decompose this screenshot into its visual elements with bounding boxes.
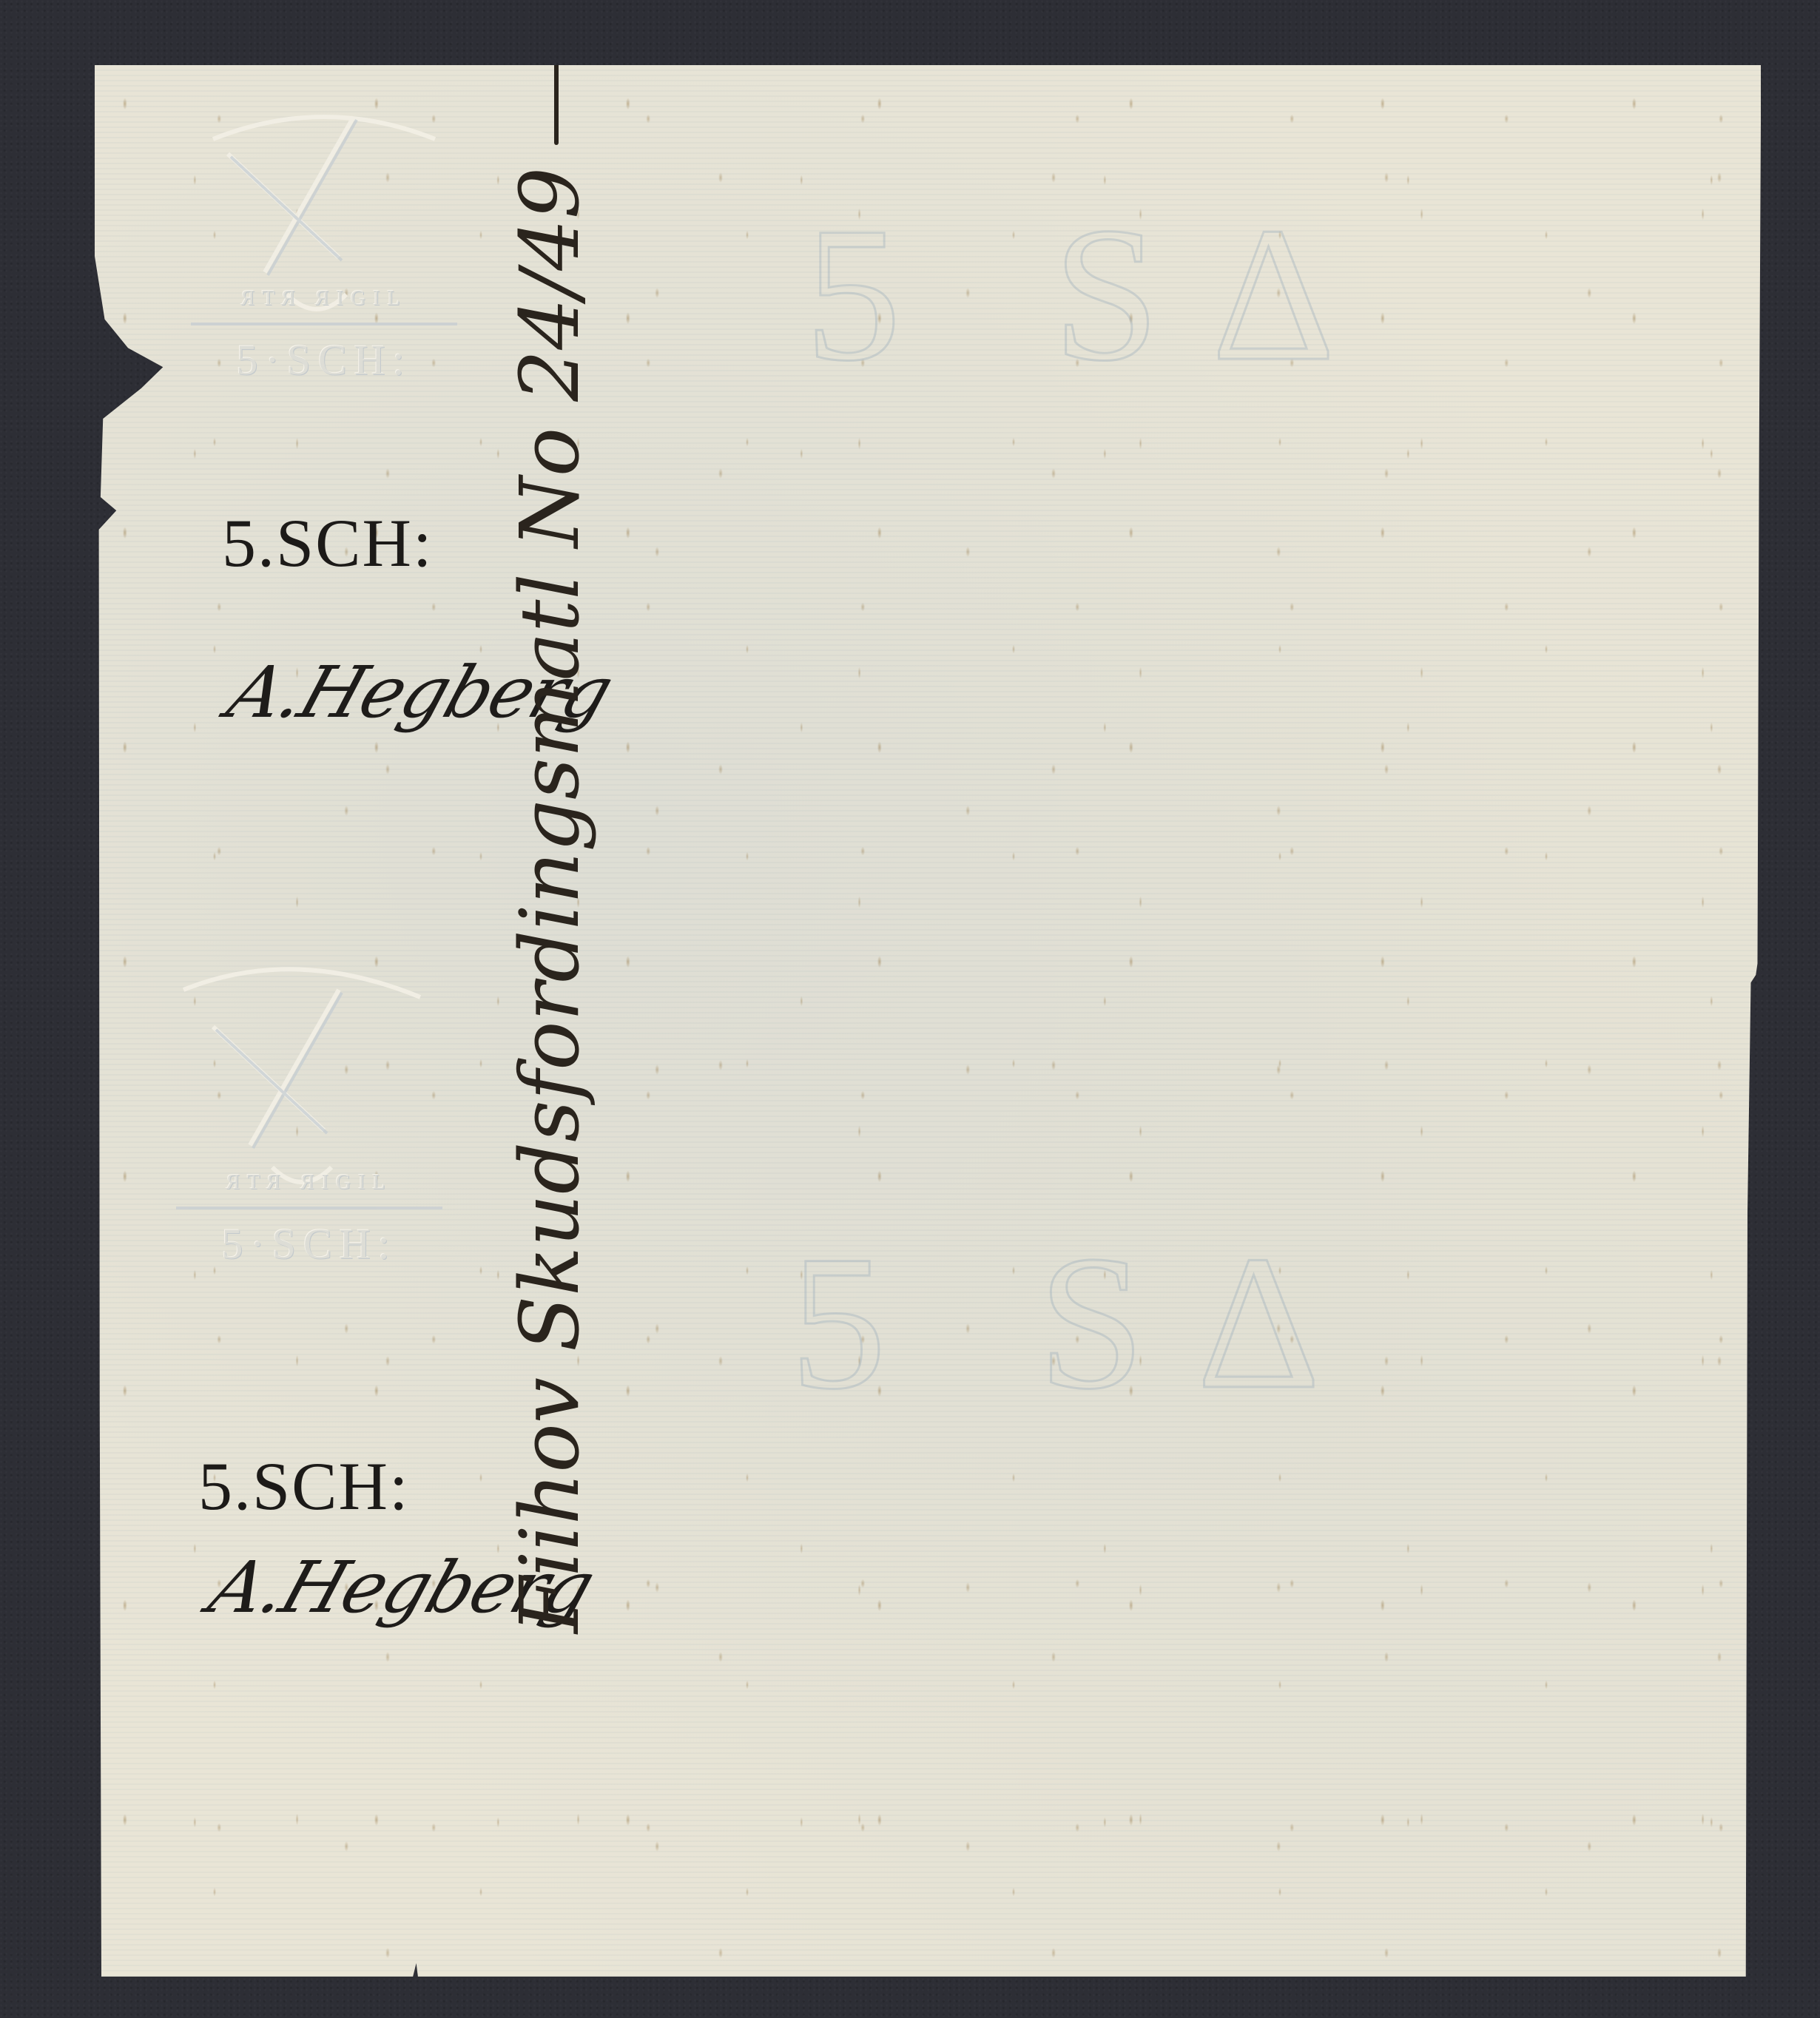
embossed-seal-upper: ЯТЯ ЯIGIL 5·SCH: <box>169 87 479 428</box>
handwritten-vertical-note: Fiihov Skudsfordingsmatl No 24/49 <box>509 228 590 1633</box>
note-text: Fiihov Skudsfordingsmatl No 24/49 <box>502 167 597 1633</box>
watermark-lower: 5 SΔ <box>790 1226 1372 1419</box>
seal-inner-text: ЯТЯ ЯIGIL <box>169 287 479 311</box>
stamp-value-upper: 5.SCH: <box>222 509 434 577</box>
embossed-seal-lower: ЯТЯ ЯIGIL 5·SCH: <box>154 960 465 1300</box>
seal-legend: 5·SCH: <box>154 1219 465 1269</box>
note-trailing-dash <box>554 56 559 145</box>
seal-inner-text: ЯТЯ ЯIGIL <box>154 1171 465 1195</box>
paper-sheet: ЯТЯ ЯIGIL 5·SCH: 5.SCH: A.Hegberg ЯТЯ ЯI… <box>95 65 1761 1977</box>
watermark-upper: 5 SΔ <box>805 198 1387 391</box>
seal-legend: 5·SCH: <box>169 335 479 385</box>
stamp-value-lower: 5.SCH: <box>198 1452 410 1520</box>
